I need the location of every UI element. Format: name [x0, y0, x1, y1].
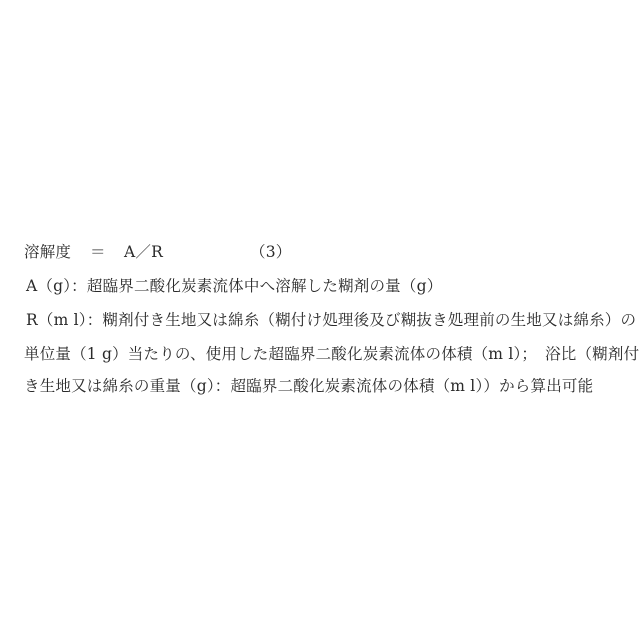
definition-r-continuation-2: き生地又は綿糸の重量（g）：超臨界二酸化炭素流体の体積（m l））から算出可能 [24, 376, 593, 396]
definition-a: A（g）：超臨界二酸化炭素流体中へ溶解した糊剤の量（g） [26, 276, 442, 296]
formula-rhs: A／R [124, 242, 163, 262]
formula-equals: ＝ [90, 242, 106, 262]
document-page: 溶解度 ＝ A／R （3） A（g）：超臨界二酸化炭素流体中へ溶解した糊剤の量（… [0, 0, 640, 640]
equation-number: （3） [250, 242, 291, 262]
formula-lhs: 溶解度 [24, 242, 71, 262]
definition-r-continuation-1: 単位量（1 g）当たりの、使用した超臨界二酸化炭素流体の体積（m l）； 浴比（… [24, 344, 639, 364]
definition-r: R（m l）：糊剤付き生地又は綿糸（糊付け処理後及び糊抜き処理前の生地又は綿糸）… [26, 310, 636, 330]
